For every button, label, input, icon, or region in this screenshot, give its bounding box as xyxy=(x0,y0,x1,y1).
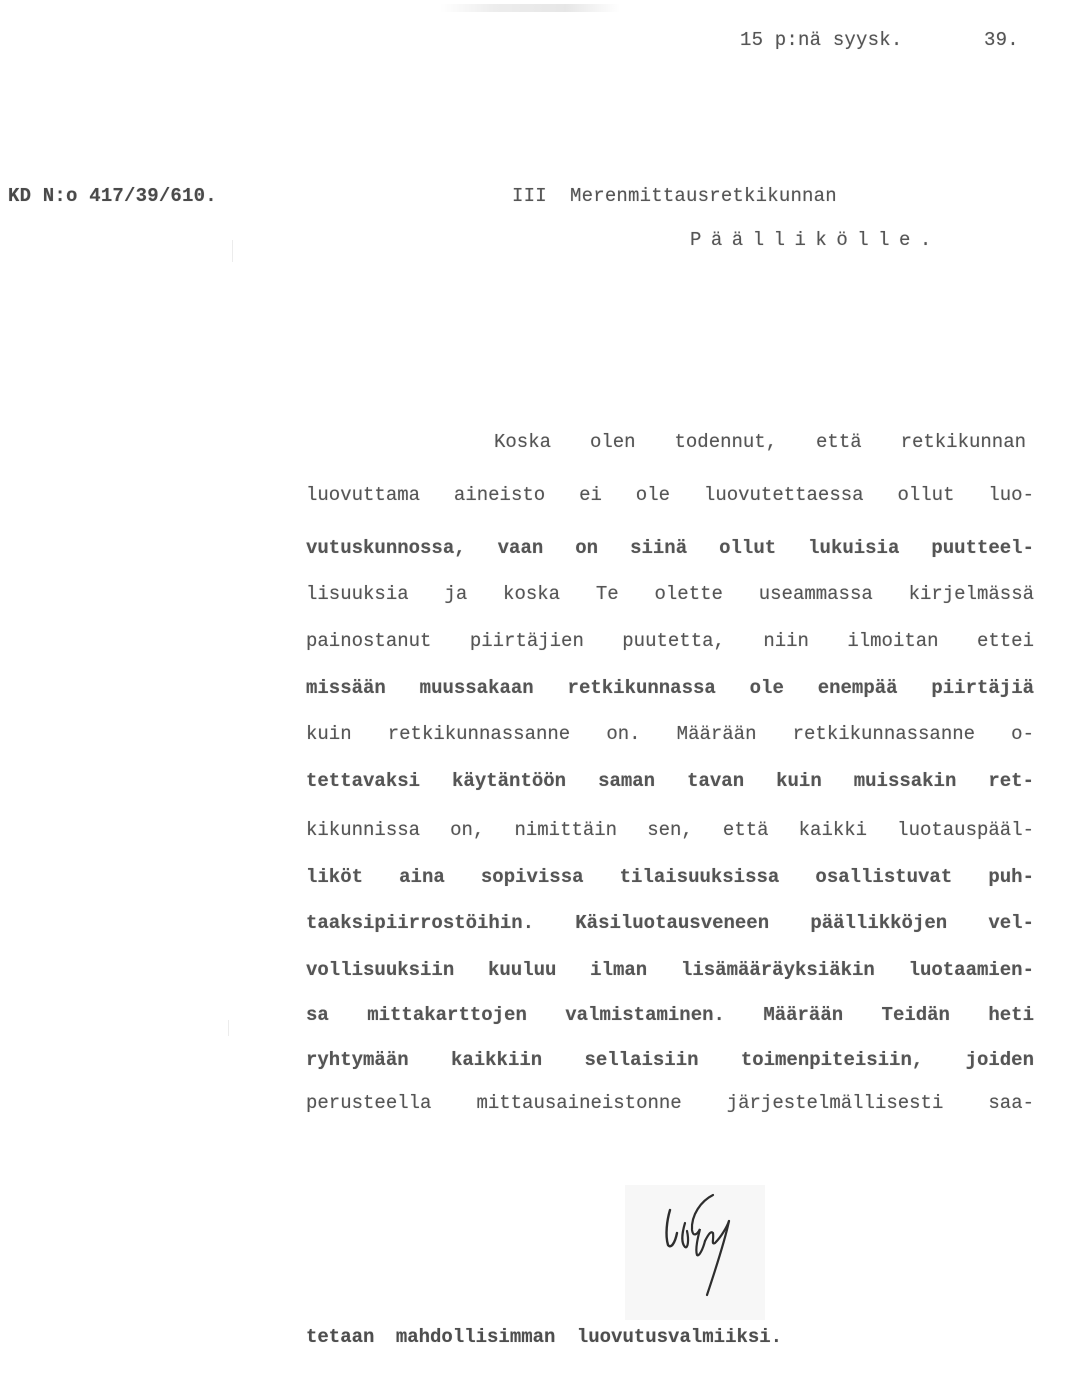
body-line: perusteella mittausaineistonne järjestel… xyxy=(306,1092,1034,1114)
faint-stamp-mark xyxy=(440,4,620,12)
body-line: missään muussakaan retkikunnassa ole ene… xyxy=(306,677,1034,699)
reference-number: KD N:o 417/39/610. xyxy=(8,185,217,207)
closing-line: tetaan mahdollisimman luovutusvalmiiksi. xyxy=(306,1326,782,1348)
letter-year: 39. xyxy=(984,29,1019,51)
body-line: kikunnissa on, nimittäin sen, että kaikk… xyxy=(306,819,1034,841)
handwritten-signature-icon xyxy=(625,1185,765,1320)
body-line: painostanut piirtäjien puutetta, niin il… xyxy=(306,630,1034,652)
body-line: liköt aina sopivissa tilaisuuksissa osal… xyxy=(306,866,1034,888)
letter-date: 15 p:nä syysk. xyxy=(740,29,902,51)
recipient-line-1: III Merenmittausretkikunnan xyxy=(512,185,837,207)
body-line: Koska olen todennut, että retkikunnan xyxy=(494,431,1026,453)
body-line: vollisuuksiin kuuluu ilman lisämääräyksi… xyxy=(306,959,1034,981)
body-line: vutuskunnossa, vaan on siinä ollut lukui… xyxy=(306,537,1034,559)
body-line: taaksipiirrostöihin. Käsiluotausveneen p… xyxy=(306,912,1034,934)
body-line: tettavaksi käytäntöön saman tavan kuin m… xyxy=(306,770,1034,792)
letter-page: 15 p:nä syysk. 39. KD N:o 417/39/610. II… xyxy=(0,0,1082,1382)
body-line: ryhtymään kaikkiin sellaisiin toimenpite… xyxy=(306,1049,1034,1071)
body-line: lisuuksia ja koska Te olette useammassa … xyxy=(306,583,1034,605)
body-line: sa mittakarttojen valmistaminen. Määrään… xyxy=(306,1004,1034,1026)
margin-mark xyxy=(232,240,233,262)
margin-mark xyxy=(228,1020,229,1036)
body-line: kuin retkikunnassanne on. Määrään retkik… xyxy=(306,723,1034,745)
body-line: luovuttama aineisto ei ole luovutettaess… xyxy=(306,484,1034,506)
recipient-line-2: Päällikölle. xyxy=(690,229,941,251)
signature-block xyxy=(625,1185,765,1320)
